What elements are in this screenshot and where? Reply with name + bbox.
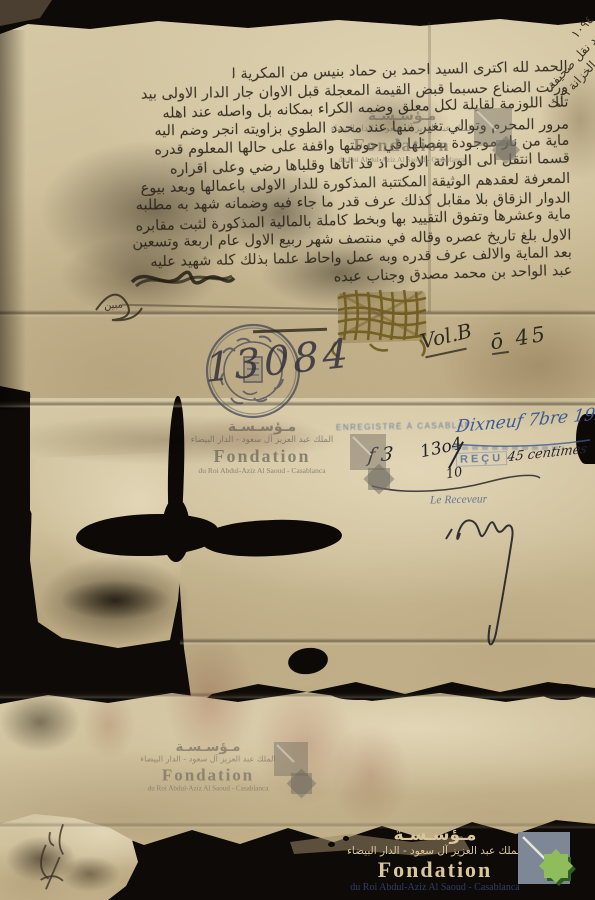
foundation-logo-icon [348,432,404,504]
pencil-scribble [8,818,98,900]
fold-crease [0,692,595,699]
foundation-logo-icon [272,740,324,806]
small-witness-note: مبين [104,299,124,311]
ink-dot-a [328,842,335,847]
ink-dot-b [343,836,349,841]
receiver-signature [438,505,538,655]
foundation-logo-icon [514,830,584,898]
foundation-logo-icon [472,106,528,168]
watermark-org-french-line2: du Roi Abdul-Aziz Al Saoud - Casablanca [330,882,540,894]
paper-corner-top-left [0,0,52,28]
manuscript-text: الحمد لله اكترى السيد احمد بن حماد بنيس … [28,58,573,293]
document-scan: الحمد لله اكترى السيد احمد بن حماد بنيس … [0,0,595,900]
watermark-org-french: Fondation [330,858,540,882]
